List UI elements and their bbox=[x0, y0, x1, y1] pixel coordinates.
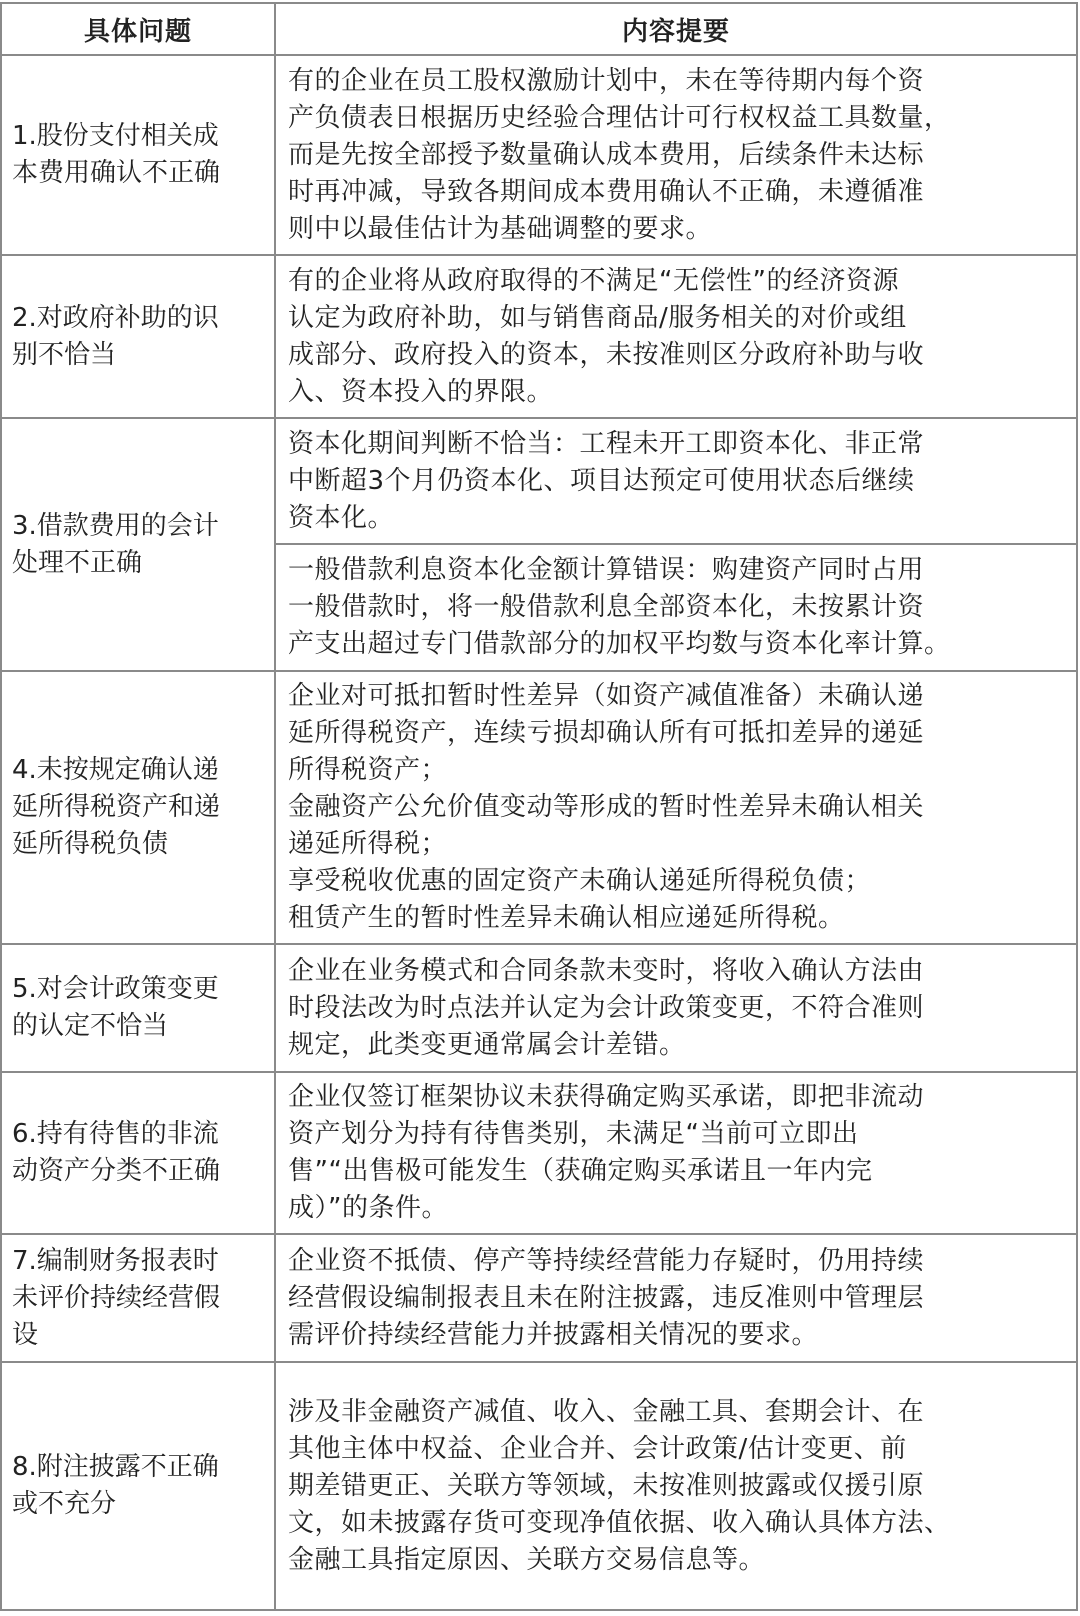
content-text-line: 资产划分为持有待售类别，未满足“当前可立即出 bbox=[288, 1116, 1072, 1153]
table-row: 7.编制财务报表时未评价持续经营假设企业资不抵债、停产等持续经营能力存疑时，仍用… bbox=[1, 1234, 1077, 1362]
table-row: 3.借款费用的会计处理不正确资本化期间判断不恰当：工程未开工即资本化、非正常中断… bbox=[1, 418, 1077, 544]
content-text-line: 时段法改为时点法并认定为会计政策变更，不符合准则 bbox=[288, 990, 1072, 1027]
issue-text-line: 别不恰当 bbox=[12, 337, 266, 374]
content-text-line: 享受税收优惠的固定资产未确认递延所得税负债； bbox=[288, 863, 1072, 900]
content-text-line: 产支出超过专门借款部分的加权平均数与资本化率计算。 bbox=[288, 626, 1072, 663]
issue-text-line: 3.借款费用的会计 bbox=[12, 508, 266, 545]
content-text-line: 其他主体中权益、企业合并、会计政策/估计变更、前 bbox=[288, 1431, 1072, 1468]
issues-table: 具体问题 内容提要 1.股份支付相关成本费用确认不正确有的企业在员工股权激励计划… bbox=[0, 2, 1078, 1611]
issue-text-line: 或不充分 bbox=[12, 1486, 266, 1523]
content-text-line: 资本化期间判断不恰当：工程未开工即资本化、非正常 bbox=[288, 426, 1072, 463]
issue-text-line: 延所得税资产和递 bbox=[12, 789, 266, 826]
column-header-issue: 具体问题 bbox=[1, 3, 275, 55]
content-text-line: 租赁产生的暂时性差异未确认相应递延所得税。 bbox=[288, 900, 1072, 937]
content-text-line: 一般借款时，将一般借款利息全部资本化，未按累计资 bbox=[288, 589, 1072, 626]
content-cell: 企业在业务模式和合同条款未变时，将收入确认方法由时段法改为时点法并认定为会计政策… bbox=[275, 944, 1077, 1072]
content-text-line: 金融工具指定原因、关联方交易信息等。 bbox=[288, 1542, 1072, 1579]
content-text-line: 企业仅签订框架协议未获得确定购买承诺，即把非流动 bbox=[288, 1079, 1072, 1116]
issue-text-line: 延所得税负债 bbox=[12, 826, 266, 863]
issue-text-line: 处理不正确 bbox=[12, 545, 266, 582]
table-header-row: 具体问题 内容提要 bbox=[1, 3, 1077, 55]
issue-text-line: 2.对政府补助的识 bbox=[12, 300, 266, 337]
issue-text-line: 设 bbox=[12, 1317, 266, 1354]
content-text-line: 时再冲减，导致各期间成本费用确认不正确，未遵循准 bbox=[288, 174, 1072, 211]
issue-cell: 5.对会计政策变更的认定不恰当 bbox=[1, 944, 275, 1072]
table-row: 5.对会计政策变更的认定不恰当企业在业务模式和合同条款未变时，将收入确认方法由时… bbox=[1, 944, 1077, 1072]
issue-text-line: 未评价持续经营假 bbox=[12, 1280, 266, 1317]
content-text-line: 而是先按全部授予数量确认成本费用，后续条件未达标 bbox=[288, 137, 1072, 174]
content-text-line: 售”“出售极可能发生（获确定购买承诺且一年内完 bbox=[288, 1153, 1072, 1190]
issue-text-line: 6.持有待售的非流 bbox=[12, 1116, 266, 1153]
content-cell: 一般借款利息资本化金额计算错误：购建资产同时占用一般借款时，将一般借款利息全部资… bbox=[275, 544, 1077, 671]
content-text-line: 有的企业将从政府取得的不满足“无偿性”的经济资源 bbox=[288, 263, 1072, 300]
content-cell: 有的企业将从政府取得的不满足“无偿性”的经济资源认定为政府补助，如与销售商品/服… bbox=[275, 255, 1077, 418]
issue-cell: 6.持有待售的非流动资产分类不正确 bbox=[1, 1072, 275, 1234]
content-cell: 涉及非金融资产减值、收入、金融工具、套期会计、在其他主体中权益、企业合并、会计政… bbox=[275, 1362, 1077, 1610]
content-text-line: 一般借款利息资本化金额计算错误：购建资产同时占用 bbox=[288, 552, 1072, 589]
content-text-line: 资本化。 bbox=[288, 500, 1072, 537]
content-cell: 资本化期间判断不恰当：工程未开工即资本化、非正常中断超3个月仍资本化、项目达预定… bbox=[275, 418, 1077, 544]
content-text-line: 企业资不抵债、停产等持续经营能力存疑时，仍用持续 bbox=[288, 1243, 1072, 1280]
table-row: 8.附注披露不正确或不充分涉及非金融资产减值、收入、金融工具、套期会计、在其他主… bbox=[1, 1362, 1077, 1610]
content-text-line: 成部分、政府投入的资本，未按准则区分政府补助与收 bbox=[288, 337, 1072, 374]
content-text-line: 则中以最佳估计为基础调整的要求。 bbox=[288, 211, 1072, 248]
content-text-line: 中断超3个月仍资本化、项目达预定可使用状态后继续 bbox=[288, 463, 1072, 500]
content-text-line: 企业在业务模式和合同条款未变时，将收入确认方法由 bbox=[288, 953, 1072, 990]
content-text-line: 产负债表日根据历史经验合理估计可行权权益工具数量， bbox=[288, 100, 1072, 137]
content-text-line: 成）”的条件。 bbox=[288, 1190, 1072, 1227]
issue-text-line: 1.股份支付相关成 bbox=[12, 118, 266, 155]
content-text-line: 所得税资产； bbox=[288, 752, 1072, 789]
issue-text-line: 4.未按规定确认递 bbox=[12, 752, 266, 789]
issue-text-line: 8.附注披露不正确 bbox=[12, 1449, 266, 1486]
column-header-content: 内容提要 bbox=[275, 3, 1077, 55]
content-text-line: 认定为政府补助，如与销售商品/服务相关的对价或组 bbox=[288, 300, 1072, 337]
content-text-line: 有的企业在员工股权激励计划中，未在等待期内每个资 bbox=[288, 63, 1072, 100]
content-text-line: 延所得税资产，连续亏损却确认所有可抵扣差异的递延 bbox=[288, 715, 1072, 752]
table-row: 4.未按规定确认递延所得税资产和递延所得税负债企业对可抵扣暂时性差异（如资产减值… bbox=[1, 671, 1077, 944]
issue-text-line: 动资产分类不正确 bbox=[12, 1153, 266, 1190]
content-cell: 企业对可抵扣暂时性差异（如资产减值准备）未确认递延所得税资产，连续亏损却确认所有… bbox=[275, 671, 1077, 944]
content-text-line: 金融资产公允价值变动等形成的暂时性差异未确认相关 bbox=[288, 789, 1072, 826]
issue-cell: 3.借款费用的会计处理不正确 bbox=[1, 418, 275, 671]
content-cell: 企业仅签订框架协议未获得确定购买承诺，即把非流动资产划分为持有待售类别，未满足“… bbox=[275, 1072, 1077, 1234]
issue-text-line: 的认定不恰当 bbox=[12, 1008, 266, 1045]
content-text-line: 经营假设编制报表且未在附注披露，违反准则中管理层 bbox=[288, 1280, 1072, 1317]
content-cell: 有的企业在员工股权激励计划中，未在等待期内每个资产负债表日根据历史经验合理估计可… bbox=[275, 55, 1077, 255]
content-text-line: 规定，此类变更通常属会计差错。 bbox=[288, 1027, 1072, 1064]
content-text-line: 入、资本投入的界限。 bbox=[288, 374, 1072, 411]
issue-cell: 4.未按规定确认递延所得税资产和递延所得税负债 bbox=[1, 671, 275, 944]
issue-cell: 1.股份支付相关成本费用确认不正确 bbox=[1, 55, 275, 255]
content-text-line: 期差错更正、关联方等领域，未按准则披露或仅援引原 bbox=[288, 1468, 1072, 1505]
issue-text-line: 5.对会计政策变更 bbox=[12, 971, 266, 1008]
content-text-line: 涉及非金融资产减值、收入、金融工具、套期会计、在 bbox=[288, 1394, 1072, 1431]
content-text-line: 企业对可抵扣暂时性差异（如资产减值准备）未确认递 bbox=[288, 678, 1072, 715]
content-text-line: 递延所得税； bbox=[288, 826, 1072, 863]
content-cell: 企业资不抵债、停产等持续经营能力存疑时，仍用持续经营假设编制报表且未在附注披露，… bbox=[275, 1234, 1077, 1362]
table-row: 6.持有待售的非流动资产分类不正确企业仅签订框架协议未获得确定购买承诺，即把非流… bbox=[1, 1072, 1077, 1234]
issue-cell: 7.编制财务报表时未评价持续经营假设 bbox=[1, 1234, 275, 1362]
issue-cell: 8.附注披露不正确或不充分 bbox=[1, 1362, 275, 1610]
issue-cell: 2.对政府补助的识别不恰当 bbox=[1, 255, 275, 418]
table-row: 1.股份支付相关成本费用确认不正确有的企业在员工股权激励计划中，未在等待期内每个… bbox=[1, 55, 1077, 255]
table-row: 2.对政府补助的识别不恰当有的企业将从政府取得的不满足“无偿性”的经济资源认定为… bbox=[1, 255, 1077, 418]
issue-text-line: 7.编制财务报表时 bbox=[12, 1243, 266, 1280]
content-text-line: 文，如未披露存货可变现净值依据、收入确认具体方法、 bbox=[288, 1505, 1072, 1542]
content-text-line: 需评价持续经营能力并披露相关情况的要求。 bbox=[288, 1317, 1072, 1354]
issue-text-line: 本费用确认不正确 bbox=[12, 155, 266, 192]
